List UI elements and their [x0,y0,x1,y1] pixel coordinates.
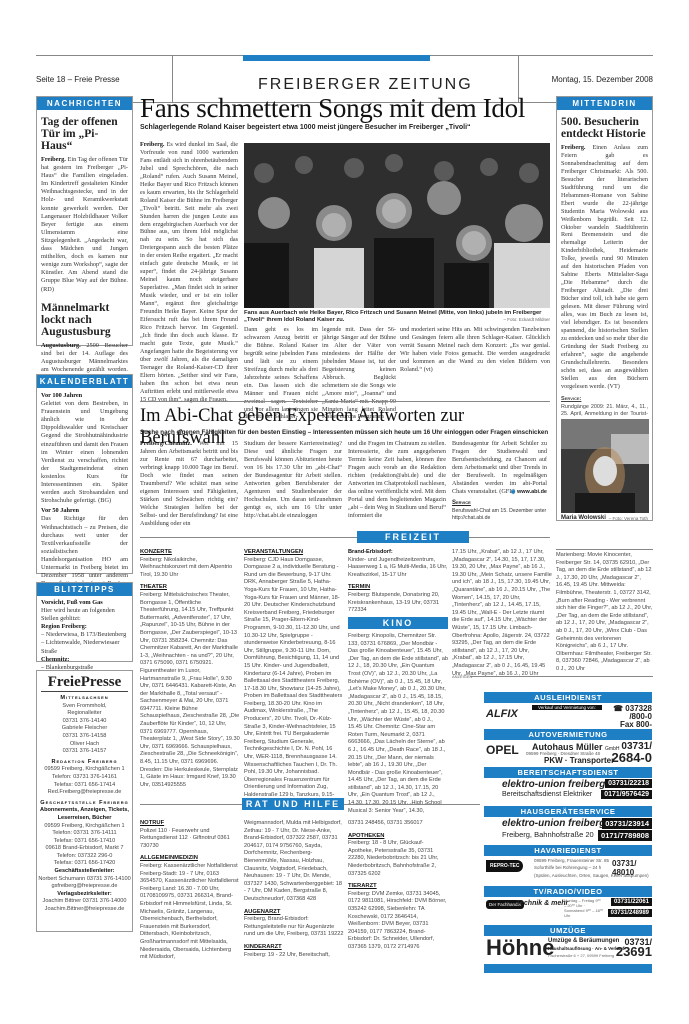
hausgeraete-phone-1: 03731/23914 [602,818,652,829]
freizeit-col-2: VERANSTALTUNGEN Freiberg: CJD Haus Domga… [244,549,344,807]
elektro-union-logo: elektro-union freiberg [502,779,605,790]
portrait-image [561,419,649,513]
impressum-box: FreiePresse Mittelsachsen Sven Frommhold… [36,670,133,932]
repro-tec-logo: REPRO-TEC [486,860,523,872]
issue-date: Montag, 15. Dezember 2008 [552,75,653,84]
ad-footer-bar [484,964,652,973]
alfix-logo: ALFIX [486,708,518,720]
ad-header-ausleihdienst: AUSLEIHDIENST [484,692,652,703]
abi-col-2: Studium der bessere Karriereeinstieg? Di… [244,440,342,520]
ad-header-autovermietung: AUTOVERMIETUNG [484,729,652,740]
elektro-union-address: Freiberg, Bahnhofstraße 20 [502,830,594,839]
kalender-body: Vor 100 JahrenGeleitet von dem Bestreben… [41,392,128,505]
fachhandel-slogan: Technik & mehr [516,900,568,907]
freizeit-rule [140,537,550,538]
hoehne-phone: 03731/23691 [616,937,652,958]
kalenderblatt-box: KALENDERBLATT Vor 100 JahrenGeleitet von… [36,374,133,574]
repro-tec-address: 09599 Freiberg, Frauensteiner Str. 85 [534,858,609,863]
lead-subtitle: Schlagerlegende Roland Kaiser begeistert… [140,124,550,131]
abi-service-heading: Service [452,500,547,506]
photo-credit: – Foto: Eckardt Mildner [470,317,550,322]
blitztipps-box: BLITZTIPPS Vorsicht, Fuß vom Gas Hier wi… [36,582,133,662]
impressum-block: Mittelsachsen Sven Frommhold,Regionallei… [37,695,132,914]
lead-col-4: und moderiert seine Hits an. Mit schwing… [400,326,550,374]
rat-col-3: 03731 248456, 03731 356017 APOTHEKEN Fre… [348,820,448,952]
page-number: Seite 18 – Freie Presse [36,75,120,84]
lead-headline: Fans schmettern Songs mit dem Idol [140,93,550,123]
abi-link[interactable]: ◉ www.abi.de [452,489,547,495]
elektro-phone-2: 0171/9576429 [601,790,652,799]
section-label: BLITZTIPPS [37,583,132,596]
hoehne-address: Fischerstraße 6 + 27, 09599 Freiberg [548,953,614,958]
service-heading: Service: [561,396,648,404]
article-body: Freiberg. Einen Anlass zum Feiern gab es… [561,144,648,391]
repro-tec-phone: 03731/ 48010 [612,859,652,877]
rat-label: RAT UND HILFE [242,798,344,810]
rat-col-1: NOTRUF Polizei 110 · Feuerwehr und Rettu… [140,820,240,962]
hausgeraete-phone-2: 0171/7789808 [598,830,652,841]
fachhandel-phone-2: 03731/248989 [608,909,652,917]
article-divider [140,401,550,402]
portrait-photo [561,419,649,513]
kino-col-1: Freiberg: Kinopolis, Chemnitzer Str. 133… [348,633,448,815]
hoehne-logo: Höhne [486,935,554,961]
mittendrin-box: MITTENDRIN 500. Besucherin entdeckt Hist… [556,96,653,521]
hoehne-services-2: Haushaltsauflösung · An- & Verkauf [548,946,624,951]
repro-tec-service: Soforthilfe bei Rohrengung – 24 h [534,865,601,870]
kino-label: KINO [348,617,448,629]
ad-header-hausgeraeteservice: HAUSGERÄTESERVICE [484,806,652,817]
section-label: NACHRICHTEN [37,97,132,110]
fachhandel-phone-1: 03731/22061 [611,898,652,906]
portrait-credit: – Foto: Verena Toth [609,516,648,521]
concert-photo [244,143,550,308]
elektro-phone-1: 03731/22218 [605,779,652,788]
fachhandel-hours: Montag – Freitag 9⁰⁰ – 20⁰⁰ Uhr · Sonnab… [564,898,604,918]
kino-col-3: Marienberg: Movie Kinocenter, Freiberger… [556,549,653,677]
kino-col-2: 17.15 Uhr, „Krabat“, ab 12 J., 17 Uhr, „… [452,549,552,678]
nachrichten-box: NACHRICHTEN Tag der offenen Tür im „Pi-H… [36,96,133,346]
opel-logo: OPEL [486,743,519,757]
elektro-union-logo: elektro-union freiberg [502,818,605,829]
section-label: MITTENDRIN [557,97,652,110]
section-label: KALENDERBLATT [37,375,132,388]
freizeit-col-3: Brand-Erbisdorf: Kinder- und Jugendfreiz… [348,549,448,615]
article-headline: Tag der offenen Tür im „Pi-Haus“ [41,116,128,152]
anzeigen-rule [470,676,653,677]
ad-header-tv-radio-video: TV/RADIO/VIDEO [484,886,652,897]
newspaper-title: FREIBERGER ZEITUNG [258,76,473,94]
abi-col-1: Freiberg/Chemnitz. Wer mit 15 Jahren den… [140,440,238,527]
abi-col-3: und die Fragen im Chatraum zu stellen. I… [348,440,446,520]
ad-elektro-union-hausgeraete[interactable]: elektro-union freiberg Freiberg, Bahnhof… [484,818,652,842]
portrait-caption: Maria Wolowski [561,515,606,521]
masthead-accent-bar [243,55,430,61]
ad-alfix[interactable]: ALFIX Verkauf und Vermietung von: ☎ 0373… [484,704,652,726]
freie-presse-logo: FreiePresse [41,674,128,692]
abi-col-4: Bundesagentur für Arbeit Schüler zu Frag… [452,440,547,496]
article-body: Freiberg. Ein Tag der offenen Tür hat ge… [41,156,128,294]
freizeit-col-1: KONZERTE Freiberg: Nikolaikirche, Weihna… [140,549,240,789]
hoehne-services: Umzüge & Beräumungen [548,938,619,944]
ad-hoehne[interactable]: Höhne Umzüge & Beräumungen Haushaltsaufl… [484,937,652,962]
ad-fachhandel[interactable]: Der Fachhandel Technik & mehr Montag – F… [484,898,652,922]
ad-header-havariedienst: HAVARIEDIENST [484,845,652,856]
autohaus-services: PKW · Transporter [544,756,614,765]
abi-subtitle: Suche nach eigenen Fähigkeiten für den b… [140,429,550,436]
ad-header-bereitschaftsdienst: BEREITSCHAFTSDIENST [484,767,652,778]
alfix-tagline: Verkauf und Vermietung von: [532,705,602,710]
autohaus-phone: 03731/2684-0 [612,741,652,765]
rat-col-2: Weigmannsdorf, Mulda mit Helbigsdorf, Ze… [244,820,344,959]
elektro-union-service: Bereitschaftsdienst Elektriker [502,791,592,798]
phone-icon: ☎ [613,704,623,713]
abi-service-text: Berufswahl-Chat am 15. Dezember unter ht… [452,508,547,522]
ad-repro-tec[interactable]: REPRO-TEC 09599 Freiberg, Frauensteiner … [484,857,652,883]
article-headline: Männelmarkt lockt nach Augustusburg [41,302,128,338]
globe-icon: ◉ [511,489,516,495]
freizeit-label: FREIZEIT [357,531,469,543]
crowd-image [244,143,550,308]
lead-col-1: Freiberg. Es wird dunkel im Saal, die Vo… [140,141,238,403]
blitz-body: Vorsicht, Fuß vom Gas Hier wird heute an… [41,599,128,680]
ad-elektro-union-bereitschaft[interactable]: elektro-union freiberg Bereitschaftsdien… [484,779,652,803]
article-headline: 500. Besucherin entdeckt Historie [561,116,648,140]
ad-autohaus-mueller[interactable]: OPEL Autohaus Müller GmbH 09599 Freiberg… [484,741,652,765]
